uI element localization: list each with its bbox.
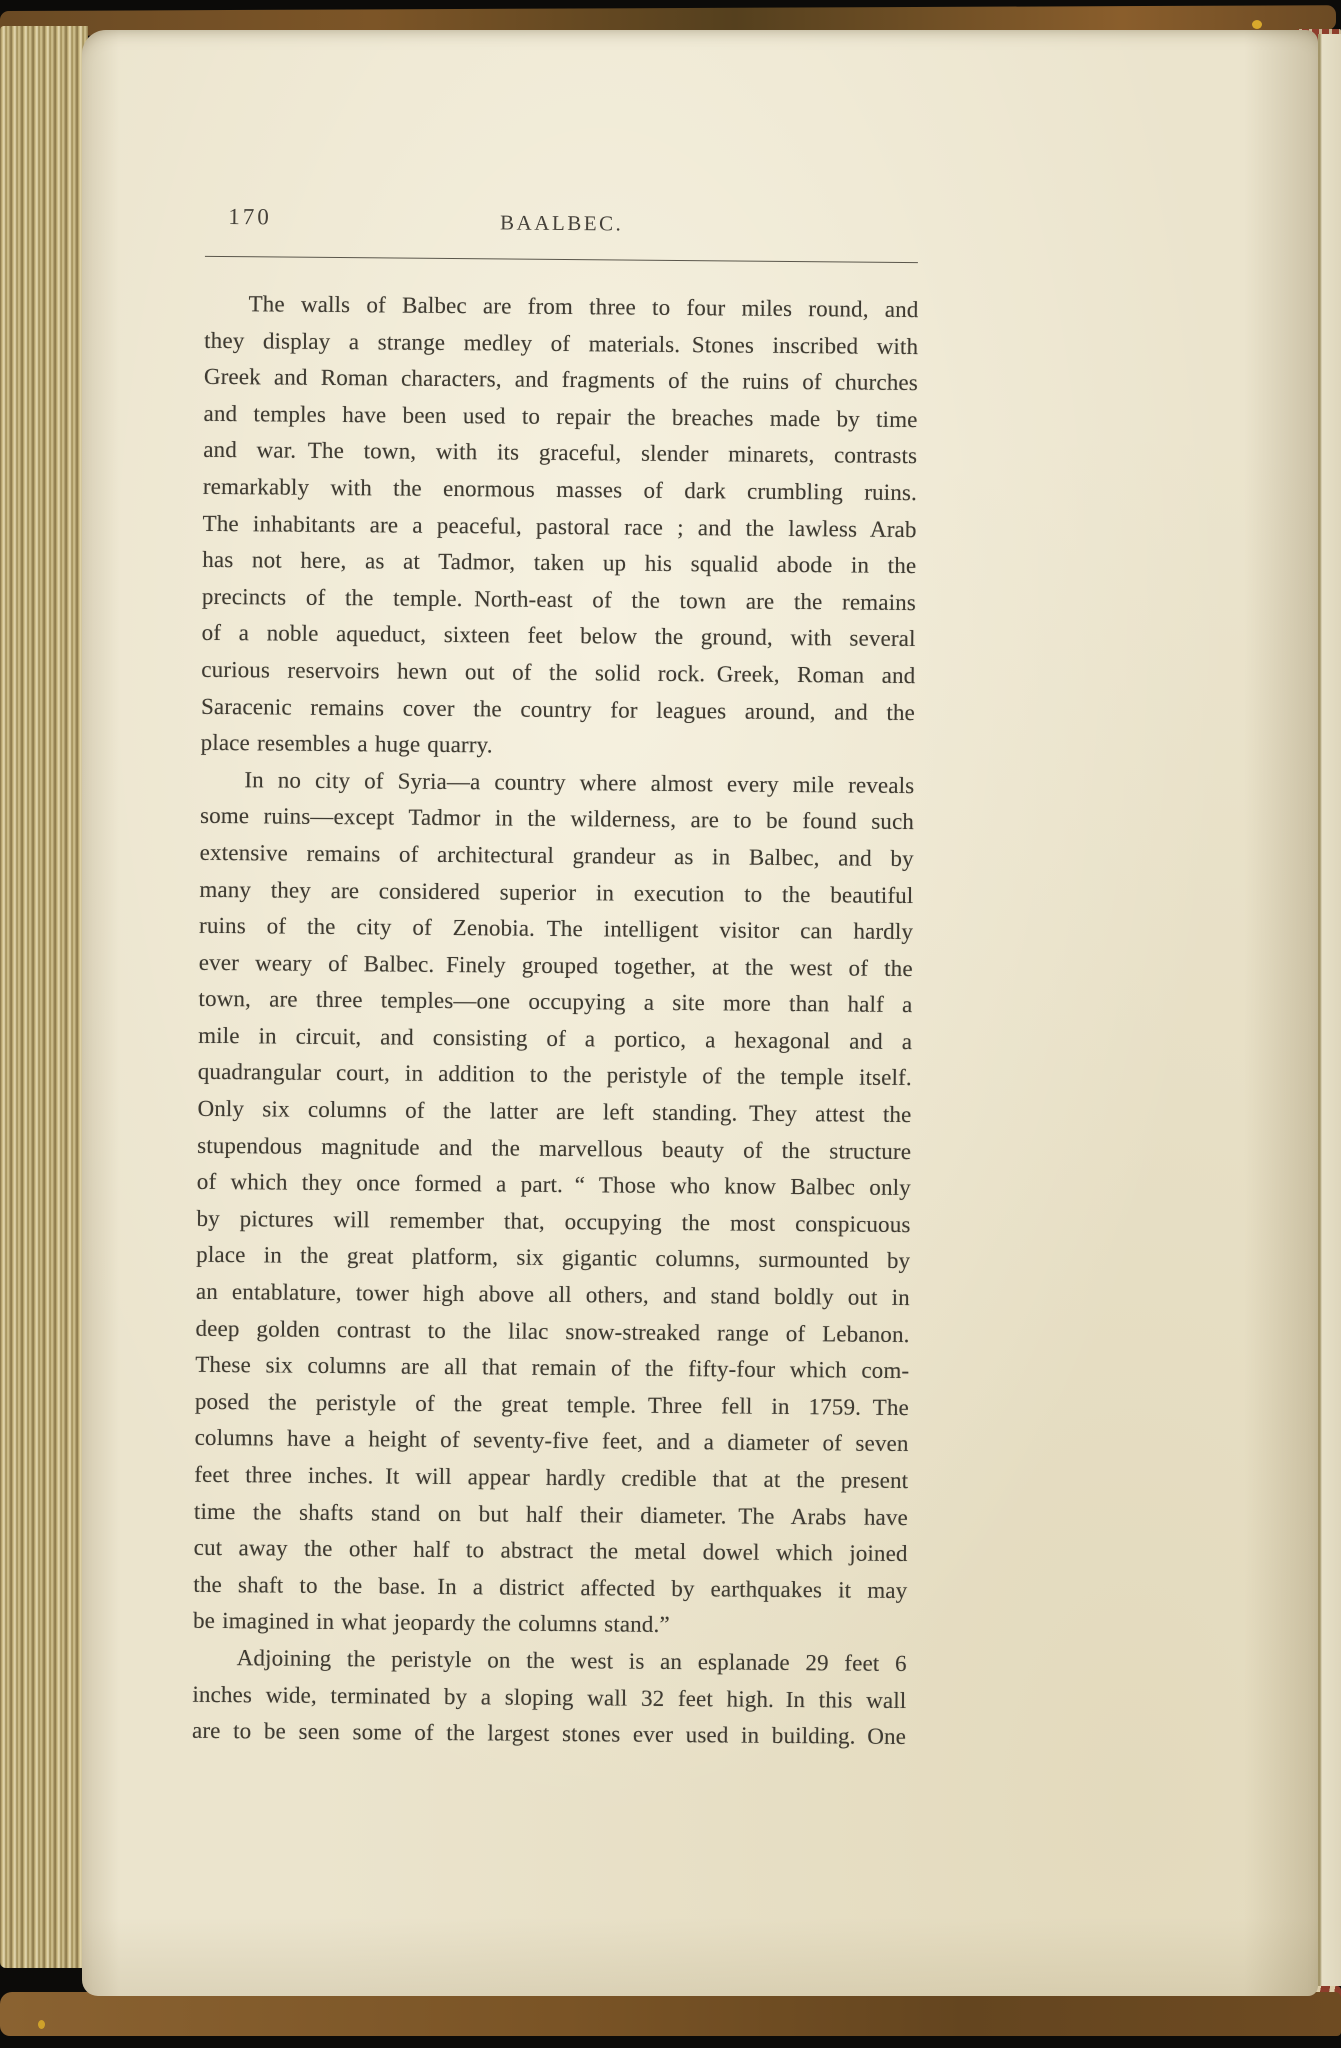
text-line: Only six columns of the latter are left … xyxy=(197,1091,911,1134)
text-line: These six columns are all that remain of… xyxy=(195,1347,909,1390)
text-line: In no city of Syria—a country where almo… xyxy=(200,762,914,805)
header-rule xyxy=(205,256,918,263)
text-line: some ruins—except Tadmor in the wilderne… xyxy=(200,798,914,841)
text-line: mile in circuit, and consisting of a por… xyxy=(198,1018,912,1061)
paragraph: In no city of Syria—a country where almo… xyxy=(193,762,915,1646)
text-line: stupendous magnitude and the marvellous … xyxy=(197,1127,911,1170)
paper-speck xyxy=(38,2020,45,2029)
book-page: 170 BAALBEC. The walls of Balbec are fro… xyxy=(82,30,1318,1996)
paper-speck xyxy=(1252,20,1262,29)
text-line: by pictures will remember that, occupyin… xyxy=(196,1201,910,1244)
text-line: The inhabitants are a peaceful, pastoral… xyxy=(202,505,916,548)
text-line: has not here, as at Tadmor, taken up his… xyxy=(202,542,916,585)
text-line: columns have a height of seventy-five fe… xyxy=(194,1420,908,1463)
text-line: place resembles a huge quarry. xyxy=(201,725,915,768)
scan-background: 170 BAALBEC. The walls of Balbec are fro… xyxy=(0,0,1341,2048)
text-line: deep golden contrast to the lilac snow-s… xyxy=(195,1310,909,1353)
text-line: ever weary of Balbec. Finely grouped tog… xyxy=(199,945,913,988)
text-line: posed the peristyle of the great temple.… xyxy=(195,1384,909,1427)
text-line: quadrangular court, in addition to the p… xyxy=(198,1054,912,1097)
text-line: ruins of the city of Zenobia. The intell… xyxy=(199,908,913,951)
paragraph: The walls of Balbec are from three to fo… xyxy=(201,286,919,768)
text-line: remarkably with the enormous masses of d… xyxy=(203,469,917,512)
text-line: be imagined in what jeopardy the columns… xyxy=(193,1603,907,1646)
text-line: of which they once formed a part. “ Thos… xyxy=(197,1164,911,1207)
paragraph: Adjoining the peristyle on the west is a… xyxy=(192,1640,907,1756)
text-line: Saracenic remains cover the country for … xyxy=(201,688,915,731)
text-line: inches wide, terminated by a sloping wal… xyxy=(192,1676,906,1719)
text-line: the shaft to the base. In a district aff… xyxy=(193,1567,907,1610)
text-line: an entablature, tower high above all oth… xyxy=(196,1274,910,1317)
next-page-sliver xyxy=(1318,34,1341,1986)
text-line: and war. The town, with its graceful, sl… xyxy=(203,432,917,475)
running-header: BAALBEC. xyxy=(205,208,918,239)
text-line: curious reservoirs hewn out of the solid… xyxy=(201,652,915,695)
text-line: The walls of Balbec are from three to fo… xyxy=(204,286,918,329)
text-line: Greek and Roman characters, and fragment… xyxy=(204,359,918,402)
text-line: they display a strange medley of materia… xyxy=(204,322,918,365)
text-line: place in the great platform, six giganti… xyxy=(196,1237,910,1280)
text-line: precincts of the temple. North-east of t… xyxy=(202,579,916,622)
page-content: 170 BAALBEC. The walls of Balbec are fro… xyxy=(67,29,1320,2006)
text-line: are to be seen some of the largest stone… xyxy=(192,1713,906,1756)
body-text: The walls of Balbec are from three to fo… xyxy=(192,286,919,1756)
text-line: Adjoining the peristyle on the west is a… xyxy=(193,1640,907,1683)
text-line: feet three inches. It will appear hardly… xyxy=(194,1457,908,1500)
text-line: many they are considered superior in exe… xyxy=(199,871,913,914)
text-line: town, are three temples—one occupying a … xyxy=(198,981,912,1024)
text-line: extensive remains of architectural grand… xyxy=(200,835,914,878)
text-line: and temples have been used to repair the… xyxy=(203,396,917,439)
text-line: cut away the other half to abstract the … xyxy=(194,1530,908,1573)
text-line: of a noble aqueduct, sixteen feet below … xyxy=(201,615,915,658)
text-line: time the shafts stand on but half their … xyxy=(194,1493,908,1536)
